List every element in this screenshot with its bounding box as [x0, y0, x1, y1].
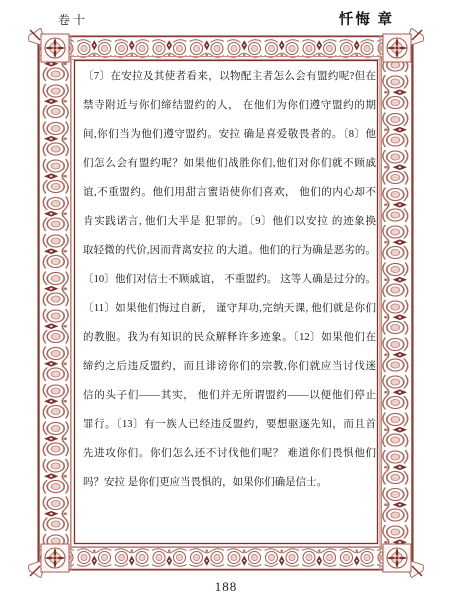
text-line: 罪行。〔13〕有一族人已经违反盟约，要想驱逐先知，而且首	[83, 410, 376, 439]
text-line: 吗？安拉 是你们更应当畏惧的，如果你们确是信士。	[83, 468, 376, 497]
book-page: 卷十 忏悔 章	[0, 0, 452, 607]
text-line: 先进攻你们。你们怎么还不讨伐他们呢？ 难道你们畏惧他们	[83, 439, 376, 468]
text-line: 〔7〕在安拉及其使者看来，以物配主者怎么会有盟约呢?但在	[83, 62, 376, 91]
page-number: 188	[0, 579, 452, 595]
text-line: 间,你们当为他们遵守盟约。安拉 确是喜爱敬畏者的。〔8〕他	[83, 120, 376, 149]
text-line: 禁寺附近与你们缔结盟约的人， 在他们为你们遵守盟约的期	[83, 91, 376, 120]
text-line: 的教胞。我为有知识的民众解释许多迹象。〔12〕如果他们在	[83, 323, 376, 352]
scripture-text: 〔7〕在安拉及其使者看来，以物配主者怎么会有盟约呢?但在禁寺附近与你们缔结盟约的…	[83, 62, 376, 497]
text-line: 缔约之后违反盟约，而且诽谤你们的宗教,你们就应当讨伐迷	[83, 352, 376, 381]
text-line: 信的头子们——其实， 他们并无所谓盟约——以便他们停止	[83, 381, 376, 410]
text-line: 肯实践诺言, 他们大半是 犯罪的。〔9〕他们以安拉 的迹象换	[83, 207, 376, 236]
text-line: 谊,不重盟约。他们用甜言蜜语使你们喜欢， 他们的内心却不	[83, 178, 376, 207]
text-line: 〔11〕如果他们悔过自新， 谨守拜功,完纳天课, 他们就是你们	[83, 294, 376, 323]
text-line: 们怎么会有盟约呢？如果他们战胜你们,他们对你们就不顾戚	[83, 149, 376, 178]
text-line: 〔10〕他们对信士不顾戚谊， 不重盟约。 这等人确是过分的。	[83, 265, 376, 294]
text-line: 取轻微的代价,因而背离安拉 的大道。他们的行为确是恶劣的。	[83, 236, 376, 265]
